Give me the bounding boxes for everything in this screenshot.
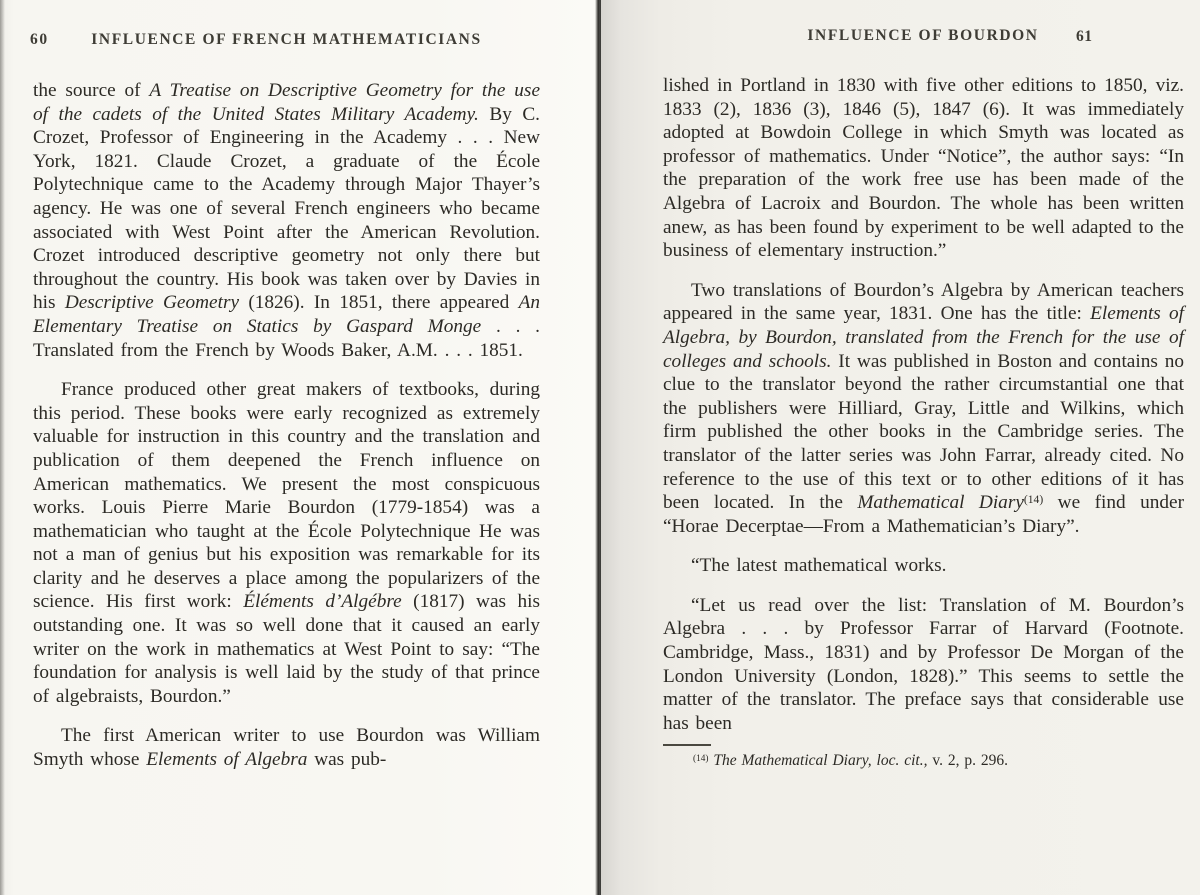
italic-text-segment: Elements of Algebra: [146, 749, 307, 770]
italic-text-segment: The Mathematical Diary, loc. cit.,: [713, 752, 927, 769]
text-segment: It was published in Boston and contains …: [663, 351, 1184, 514]
text-segment: France produced other great makers of te…: [33, 379, 540, 612]
book-scan: 60 INFLUENCE OF FRENCH MATHEMATICIANS th…: [0, 0, 1200, 895]
left-page-text-column: the source of A Treatise on Descriptive …: [33, 79, 540, 772]
footnote-reference-marker: (14): [693, 754, 709, 764]
text-segment: the source of: [33, 80, 149, 101]
paragraph: “The latest mathematical works.: [663, 554, 1184, 578]
text-segment: (1826). In 1851, there appeared: [239, 292, 519, 313]
italic-text-segment: Descriptive Geometry: [65, 292, 239, 313]
paragraph: lished in Portland in 1830 with five oth…: [663, 74, 1184, 263]
footnote-separator-rule: [663, 744, 711, 746]
right-page-number: 61: [1076, 28, 1093, 46]
right-running-head: INFLUENCE OF BOURDON: [663, 27, 1183, 45]
right-page: INFLUENCE OF BOURDON 61 lished in Portla…: [601, 0, 1200, 895]
footnote-block: (14) The Mathematical Diary, loc. cit., …: [663, 744, 1184, 770]
scan-left-edge-shadow: [0, 0, 5, 895]
left-running-head: INFLUENCE OF FRENCH MATHEMATICIANS: [33, 31, 540, 49]
right-page-text-column: lished in Portland in 1830 with five oth…: [663, 74, 1184, 770]
italic-text-segment: Éléments d’Algébre: [243, 591, 402, 612]
text-segment: was pub-: [307, 749, 386, 770]
text-segment: v. 2, p. 296.: [927, 752, 1008, 769]
text-segment: By C. Crozet, Professor of Engineering i…: [33, 104, 540, 314]
book-gutter-divider: [595, 0, 601, 895]
text-segment: “The latest mathematical works.: [691, 555, 947, 576]
footnote-reference-marker: (14): [1024, 493, 1043, 506]
paragraph: “Let us read over the list: Translation …: [663, 594, 1184, 736]
paragraph: Two translations of Bourdon’s Algebra by…: [663, 279, 1184, 539]
text-segment: lished in Portland in 1830 with five oth…: [663, 75, 1184, 261]
italic-text-segment: Mathematical Diary: [857, 492, 1024, 513]
paragraph: the source of A Treatise on Descriptive …: [33, 79, 540, 362]
text-segment: “Let us read over the list: Translation …: [663, 595, 1184, 734]
left-page: 60 INFLUENCE OF FRENCH MATHEMATICIANS th…: [0, 0, 598, 895]
paragraph: The first American writer to use Bourdon…: [33, 724, 540, 771]
footnote-text: (14) The Mathematical Diary, loc. cit., …: [663, 751, 1184, 770]
paragraph: France produced other great makers of te…: [33, 378, 540, 708]
